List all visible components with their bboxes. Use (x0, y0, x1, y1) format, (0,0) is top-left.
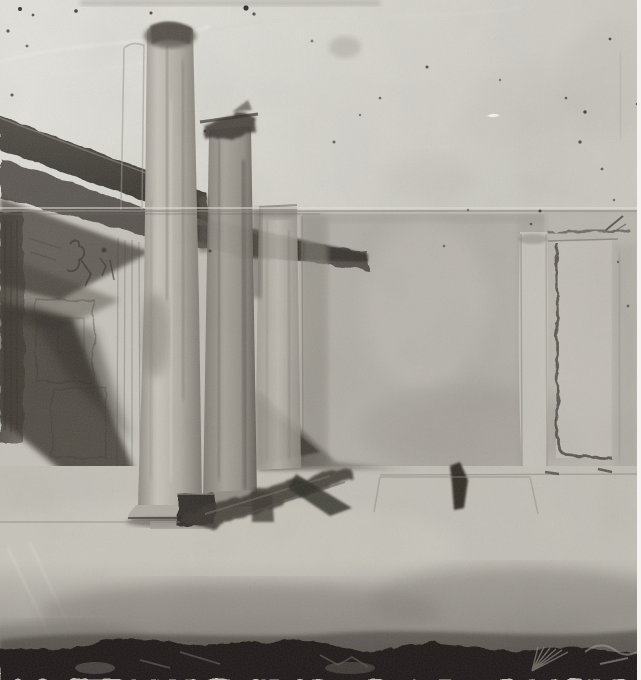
photograph-of-temple-ruins-drawing (0, 0, 641, 680)
grain-texture-overlay (0, 0, 641, 680)
drawing-canvas (0, 0, 641, 680)
photo-border-right (637, 0, 641, 680)
